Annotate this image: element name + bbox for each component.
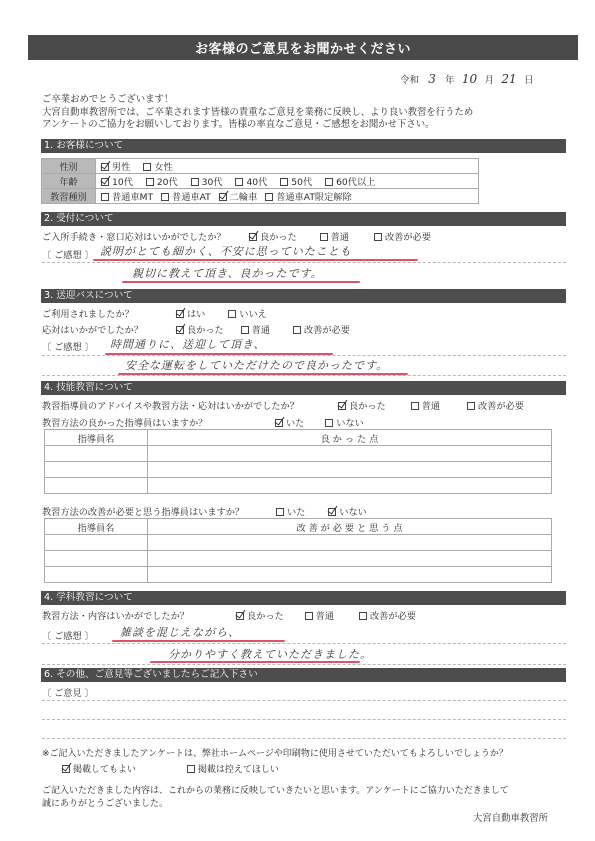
date-year-unit: 年: [445, 72, 455, 86]
option-at-limit-removal[interactable]: 普通車AT限定解除: [265, 189, 352, 203]
option-mt[interactable]: 普通車MT: [101, 189, 153, 203]
comment-label: 〔 ご感想 〕: [42, 339, 94, 353]
age-options: 10代 20代 30代 40代 50代 60代以上: [96, 174, 479, 189]
option-label: 良かった: [187, 325, 224, 336]
option-label: 普通: [331, 232, 349, 243]
checkbox-icon[interactable]: [374, 233, 382, 241]
option-no[interactable]: いいえ: [228, 306, 267, 320]
option-male[interactable]: 男性: [101, 159, 130, 173]
option-label: 10代: [112, 177, 133, 188]
option-needs-improvement[interactable]: 改善が必要: [359, 608, 416, 622]
table-row: [45, 446, 552, 462]
comment-label: 〔 ご感想 〕: [42, 247, 94, 261]
option-label: 女性: [154, 162, 172, 173]
option-no[interactable]: いない: [325, 415, 364, 429]
checkbox-icon[interactable]: [325, 178, 333, 186]
checkbox-checked-icon[interactable]: [176, 326, 184, 334]
comment-handwritten-line[interactable]: 分かりやすく教えていただきました。: [168, 646, 372, 662]
checkbox-icon[interactable]: [143, 163, 151, 171]
table-row: 教習種別 普通車MT 普通車AT 二輪車 普通車AT限定解除: [42, 189, 479, 204]
bus-service-options: 良かった 普通 改善が必要: [176, 322, 350, 336]
option-normal[interactable]: 普通: [241, 322, 270, 336]
comment-handwritten-line[interactable]: 説明がとても細かく、不安に思っていたことも: [100, 243, 352, 259]
row-label: 教習種別: [42, 189, 96, 204]
checkbox-icon[interactable]: [280, 178, 288, 186]
option-label: 60代以上: [336, 177, 375, 188]
option-publish-decline[interactable]: 掲載は控えてほしい: [187, 762, 279, 775]
closing-line: 誠にありがとうございました。: [42, 798, 509, 811]
signature: 大宮自動車教習所: [473, 810, 548, 824]
option-age-60s-plus[interactable]: 60代以上: [325, 174, 375, 188]
checkbox-icon[interactable]: [411, 402, 419, 410]
checkbox-checked-icon[interactable]: [338, 402, 346, 410]
comment-handwritten-line[interactable]: 安全な運転をしていただけたので良かったです。: [125, 357, 388, 373]
col-improvement-points: 改 善 が 必 要 と 思 う 点: [148, 519, 552, 535]
option-label: いた: [286, 418, 304, 429]
checkbox-icon[interactable]: [101, 193, 109, 201]
survey-title: お客様のご意見をお聞かせください: [28, 35, 578, 60]
option-label: 男性: [112, 162, 130, 173]
option-label: 改善が必要: [304, 325, 350, 336]
checkbox-icon[interactable]: [293, 326, 301, 334]
option-label: 普通: [422, 401, 440, 412]
option-label: 20代: [157, 177, 178, 188]
section-header-customer: 1. お客様について: [41, 139, 566, 153]
date-era: 令和: [400, 72, 419, 86]
option-label: いた: [287, 507, 305, 518]
customer-info-table: 性別 男性 女性 年齢 10代 20代 30代 40代 50代 60代以上 教習…: [41, 158, 479, 204]
checkbox-checked-icon[interactable]: [101, 163, 109, 171]
intro-line: 大宮自動車教習所では、ご卒業されます皆様の貴重なご意見を業務に反映し、より良い教…: [42, 107, 473, 120]
instructor-name-cell[interactable]: [45, 462, 148, 478]
option-label: 掲載してもよい: [73, 765, 136, 775]
instructor-name-cell[interactable]: [45, 446, 148, 462]
checkbox-checked-icon[interactable]: [101, 178, 109, 186]
option-at[interactable]: 普通車AT: [161, 189, 211, 203]
date-year-field[interactable]: 3: [423, 72, 441, 86]
option-label: 二輪車: [230, 192, 258, 203]
course-type-options: 普通車MT 普通車AT 二輪車 普通車AT限定解除: [96, 189, 479, 204]
table-header-row: 指導員名 良 か っ た 点: [45, 430, 552, 446]
section-header-reception: 2. 受付について: [41, 212, 566, 226]
checkbox-icon[interactable]: [276, 508, 284, 516]
bus-usage-options: はい いいえ: [176, 306, 267, 320]
improvement-points-cell[interactable]: [148, 551, 552, 567]
option-publish-ok[interactable]: 掲載してもよい: [62, 762, 136, 775]
comment-line-divider: [42, 355, 566, 356]
checkbox-checked-icon[interactable]: [176, 310, 184, 318]
comment-handwritten-line[interactable]: 雑談を混じえながら、: [120, 624, 240, 640]
date-month-field[interactable]: 10: [459, 72, 481, 86]
section-header-driving-lessons: 4. 技能教習について: [41, 381, 566, 395]
instructor-advice-question: 教習指導員のアドバイスや教習方法・応対はいかがでしたか？: [42, 398, 299, 412]
checkbox-icon[interactable]: [359, 612, 367, 620]
option-label: いない: [336, 418, 364, 429]
option-label: 50代: [291, 177, 312, 188]
checkbox-checked-icon[interactable]: [249, 233, 257, 241]
option-age-40s[interactable]: 40代: [235, 174, 267, 188]
checkbox-icon[interactable]: [265, 193, 273, 201]
table-row: [45, 478, 552, 494]
table-row: 年齢 10代 20代 30代 40代 50代 60代以上: [42, 174, 479, 189]
reception-options: 良かった 普通 改善が必要: [249, 229, 431, 243]
classroom-options: 良かった 普通 改善が必要: [236, 608, 416, 622]
checkbox-checked-icon[interactable]: [236, 612, 244, 620]
instructor-name-cell[interactable]: [45, 535, 148, 551]
red-underline: [93, 259, 418, 261]
option-label: 40代: [246, 177, 267, 188]
option-label: 普通車MT: [112, 192, 153, 203]
option-good[interactable]: 良かった: [249, 229, 297, 243]
comment-handwritten-line[interactable]: 時間通りに、送迎して頂き、: [110, 336, 266, 352]
option-age-20s[interactable]: 20代: [146, 174, 178, 188]
instructor-name-cell[interactable]: [45, 478, 148, 494]
consent-options: 掲載してもよい 掲載は控えてほしい: [62, 762, 279, 775]
red-underline: [112, 640, 285, 642]
checkbox-icon[interactable]: [241, 326, 249, 334]
option-label: 改善が必要: [370, 611, 416, 622]
option-label: いいえ: [239, 309, 267, 320]
good-instructor-table: 指導員名 良 か っ た 点: [44, 429, 552, 494]
comment-label: 〔 ご意見 〕: [42, 685, 94, 699]
option-label: 掲載は控えてほしい: [198, 765, 279, 775]
option-good[interactable]: 良かった: [338, 398, 386, 412]
checkbox-icon[interactable]: [235, 178, 243, 186]
option-label: 普通: [316, 611, 334, 622]
option-label: 良かった: [349, 401, 386, 412]
checkbox-checked-icon[interactable]: [219, 193, 227, 201]
option-label: 普通車AT: [172, 192, 211, 203]
option-good[interactable]: 良かった: [176, 322, 224, 336]
comment-label: 〔 ご感想 〕: [42, 628, 94, 642]
gender-options: 男性 女性: [96, 159, 479, 174]
red-underline: [122, 281, 360, 283]
checkbox-icon[interactable]: [187, 765, 195, 773]
date-row: 令和 3 年 10 月 21 日: [400, 68, 570, 86]
checkbox-icon[interactable]: [161, 193, 169, 201]
comment-line[interactable]: [42, 719, 566, 720]
table-row: [45, 551, 552, 567]
option-label: 普通: [252, 325, 270, 336]
option-normal[interactable]: 普通: [320, 229, 349, 243]
section-header-other-comments: 6. その他、ご意見等ございましたらご記入下さい: [41, 668, 566, 682]
improve-instructor-question: 教習方法の改善が必要と思う指導員はいますか？: [42, 504, 244, 518]
intro-line: アンケートのご協力をお願いしております。皆様の率直なご意見・ご感想をお聞かせ下さ…: [42, 119, 473, 132]
checkbox-checked-icon[interactable]: [62, 765, 70, 773]
instructor-name-cell[interactable]: [45, 551, 148, 567]
col-good-points: 良 か っ た 点: [148, 430, 552, 446]
comment-line[interactable]: [42, 700, 566, 701]
option-needs-improvement[interactable]: 改善が必要: [374, 229, 431, 243]
option-label: 普通車AT限定解除: [276, 192, 352, 203]
good-instructor-options: いた いない: [275, 415, 364, 429]
option-needs-improvement[interactable]: 改善が必要: [467, 398, 524, 412]
comment-handwritten-line[interactable]: 親切に教えて頂き、良かったです。: [132, 265, 323, 281]
option-age-30s[interactable]: 30代: [191, 174, 223, 188]
section-header-classroom-lessons: 4. 学科教習について: [41, 591, 566, 605]
intro-line: ご卒業おめでとうございます！: [42, 94, 473, 107]
option-age-10s[interactable]: 10代: [101, 174, 133, 188]
closing-message: ご記入いただきました内容は、これからの業務に反映していきたいと思います。アンケー…: [42, 785, 509, 811]
improve-instructor-table: 指導員名 改 善 が 必 要 と 思 う 点: [44, 518, 552, 583]
improvement-points-cell[interactable]: [148, 567, 552, 583]
checkbox-icon[interactable]: [191, 178, 199, 186]
red-underline: [150, 661, 360, 663]
bus-usage-question: ご利用されましたか？: [42, 306, 134, 320]
table-row: 性別 男性 女性: [42, 159, 479, 174]
option-label: 良かった: [247, 611, 284, 622]
good-instructor-question: 教習方法の良かった指導員はいますか？: [42, 415, 207, 429]
row-label: 性別: [42, 159, 96, 174]
instructor-name-cell[interactable]: [45, 567, 148, 583]
option-female[interactable]: 女性: [143, 159, 172, 173]
comment-line-divider: [42, 262, 566, 263]
option-label: 良かった: [260, 232, 297, 243]
checkbox-icon[interactable]: [320, 233, 328, 241]
comment-line-divider: [42, 375, 566, 376]
date-day-field[interactable]: 21: [498, 72, 520, 86]
instructor-advice-options: 良かった 普通 改善が必要: [338, 398, 524, 412]
option-motorcycle[interactable]: 二輪車: [219, 189, 258, 203]
comment-line[interactable]: [42, 738, 566, 739]
checkbox-checked-icon[interactable]: [275, 419, 283, 427]
classroom-question: 教習方法・内容はいかがでしたか？: [42, 608, 189, 622]
option-normal[interactable]: 普通: [305, 608, 334, 622]
checkbox-icon[interactable]: [467, 402, 475, 410]
checkbox-icon[interactable]: [305, 612, 313, 620]
option-yes[interactable]: いた: [275, 415, 304, 429]
closing-line: ご記入いただきました内容は、これからの業務に反映していきたいと思います。アンケー…: [42, 785, 509, 798]
good-points-cell[interactable]: [148, 478, 552, 494]
improvement-points-cell[interactable]: [148, 535, 552, 551]
option-needs-improvement[interactable]: 改善が必要: [293, 322, 350, 336]
comment-line-divider: [42, 664, 566, 665]
option-normal[interactable]: 普通: [411, 398, 440, 412]
col-instructor-name: 指導員名: [45, 519, 148, 535]
row-label: 年齢: [42, 174, 96, 189]
date-month-unit: 月: [485, 72, 495, 86]
col-instructor-name: 指導員名: [45, 430, 148, 446]
checkbox-checked-icon[interactable]: [328, 508, 336, 516]
option-age-50s[interactable]: 50代: [280, 174, 312, 188]
reception-question: ご入所手続き・窓口応対はいかがでしたか？: [42, 229, 226, 243]
good-points-cell[interactable]: [148, 462, 552, 478]
option-label: 改善が必要: [478, 401, 524, 412]
option-good[interactable]: 良かった: [236, 608, 284, 622]
table-header-row: 指導員名 改 善 が 必 要 と 思 う 点: [45, 519, 552, 535]
checkbox-icon[interactable]: [325, 419, 333, 427]
comment-line-divider: [42, 643, 566, 644]
good-points-cell[interactable]: [148, 446, 552, 462]
table-row: [45, 535, 552, 551]
option-yes[interactable]: はい: [176, 306, 205, 320]
intro-text: ご卒業おめでとうございます！ 大宮自動車教習所では、ご卒業されます皆様の貴重なご…: [42, 94, 473, 132]
checkbox-icon[interactable]: [228, 310, 236, 318]
section-header-shuttle-bus: 3. 送迎バスについて: [41, 289, 566, 303]
bus-service-question: 応対はいかがでしたか？: [42, 322, 143, 336]
date-day-unit: 日: [524, 72, 534, 86]
table-row: [45, 462, 552, 478]
option-label: 30代: [202, 177, 223, 188]
improve-instructor-options: いた いない: [276, 504, 367, 518]
consent-question: ※ご記入いただきましたアンケートは、弊社ホームページや印刷物に使用させていただい…: [42, 746, 508, 759]
option-yes[interactable]: いた: [276, 504, 305, 518]
table-row: [45, 567, 552, 583]
option-label: はい: [187, 309, 205, 320]
checkbox-icon[interactable]: [146, 178, 154, 186]
option-no[interactable]: いない: [328, 504, 367, 518]
option-label: 改善が必要: [385, 232, 431, 243]
option-label: いない: [339, 507, 367, 518]
